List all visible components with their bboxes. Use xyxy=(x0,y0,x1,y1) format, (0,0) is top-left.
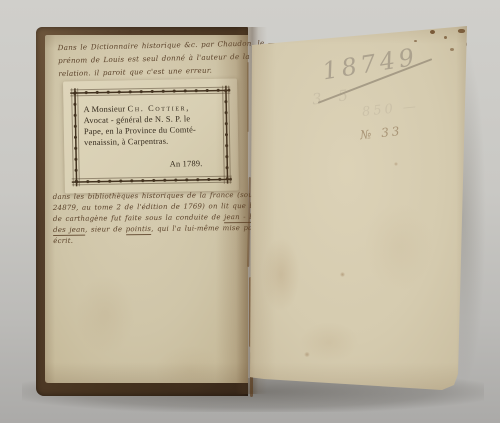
handwritten-note-bottom: dans les bibliothèques historiques de la… xyxy=(53,190,246,247)
shelf-mark: № 33 xyxy=(359,124,403,142)
foxing-spot xyxy=(340,272,345,277)
stain xyxy=(75,275,135,355)
printed-bookplate-label: A Monsieur Ch. Cottier, Avocat - général… xyxy=(63,78,239,193)
handwriting-line: écrit. xyxy=(53,234,245,247)
book-cover-left-leather: Dans le Dictionnaire historique &c. par … xyxy=(36,27,248,396)
faint-pencil-mark: 850 — xyxy=(361,99,419,120)
foxing-spot xyxy=(394,162,398,166)
ornament-border-top xyxy=(70,86,230,98)
ink-speck xyxy=(450,48,454,51)
ornament-border-left xyxy=(70,88,81,186)
stain xyxy=(364,202,434,292)
pastedown-page: Dans le Dictionnaire historique &c. par … xyxy=(45,35,248,383)
ink-speck xyxy=(430,30,435,34)
ink-speck xyxy=(458,29,465,33)
ornament-border-right xyxy=(221,86,232,184)
handwriting-line: des jean, sieur de pointis, qui l'a lui-… xyxy=(53,223,245,236)
gutter-stain-streak xyxy=(247,177,251,267)
stain xyxy=(262,237,300,312)
ink-speck xyxy=(444,36,447,39)
handwritten-note-top: Dans le Dictionnaire historique &c. par … xyxy=(58,37,245,80)
bookplate-year: An 1789. xyxy=(84,158,220,171)
stain xyxy=(299,322,359,362)
faint-pencil-mark: 3 5 xyxy=(311,86,355,109)
pencil-accession-number: 18749 xyxy=(320,43,420,86)
stain xyxy=(155,345,225,395)
gutter-stain-streak xyxy=(247,62,249,132)
foxing-spot xyxy=(304,352,310,357)
ornament-border-bottom xyxy=(72,175,232,187)
photo-open-antique-book: Dans le Dictionnaire historique &c. par … xyxy=(0,0,500,423)
handwriting-line: relation. il paroit que c'est une erreur… xyxy=(58,63,244,80)
bookplate-line: venaissin, à Carpentras. xyxy=(84,135,220,148)
flyleaf-page: 18749 3 5 850 — № 33 xyxy=(244,22,472,392)
bookplate-text: A Monsieur Ch. Cottier, Avocat - général… xyxy=(83,102,220,171)
